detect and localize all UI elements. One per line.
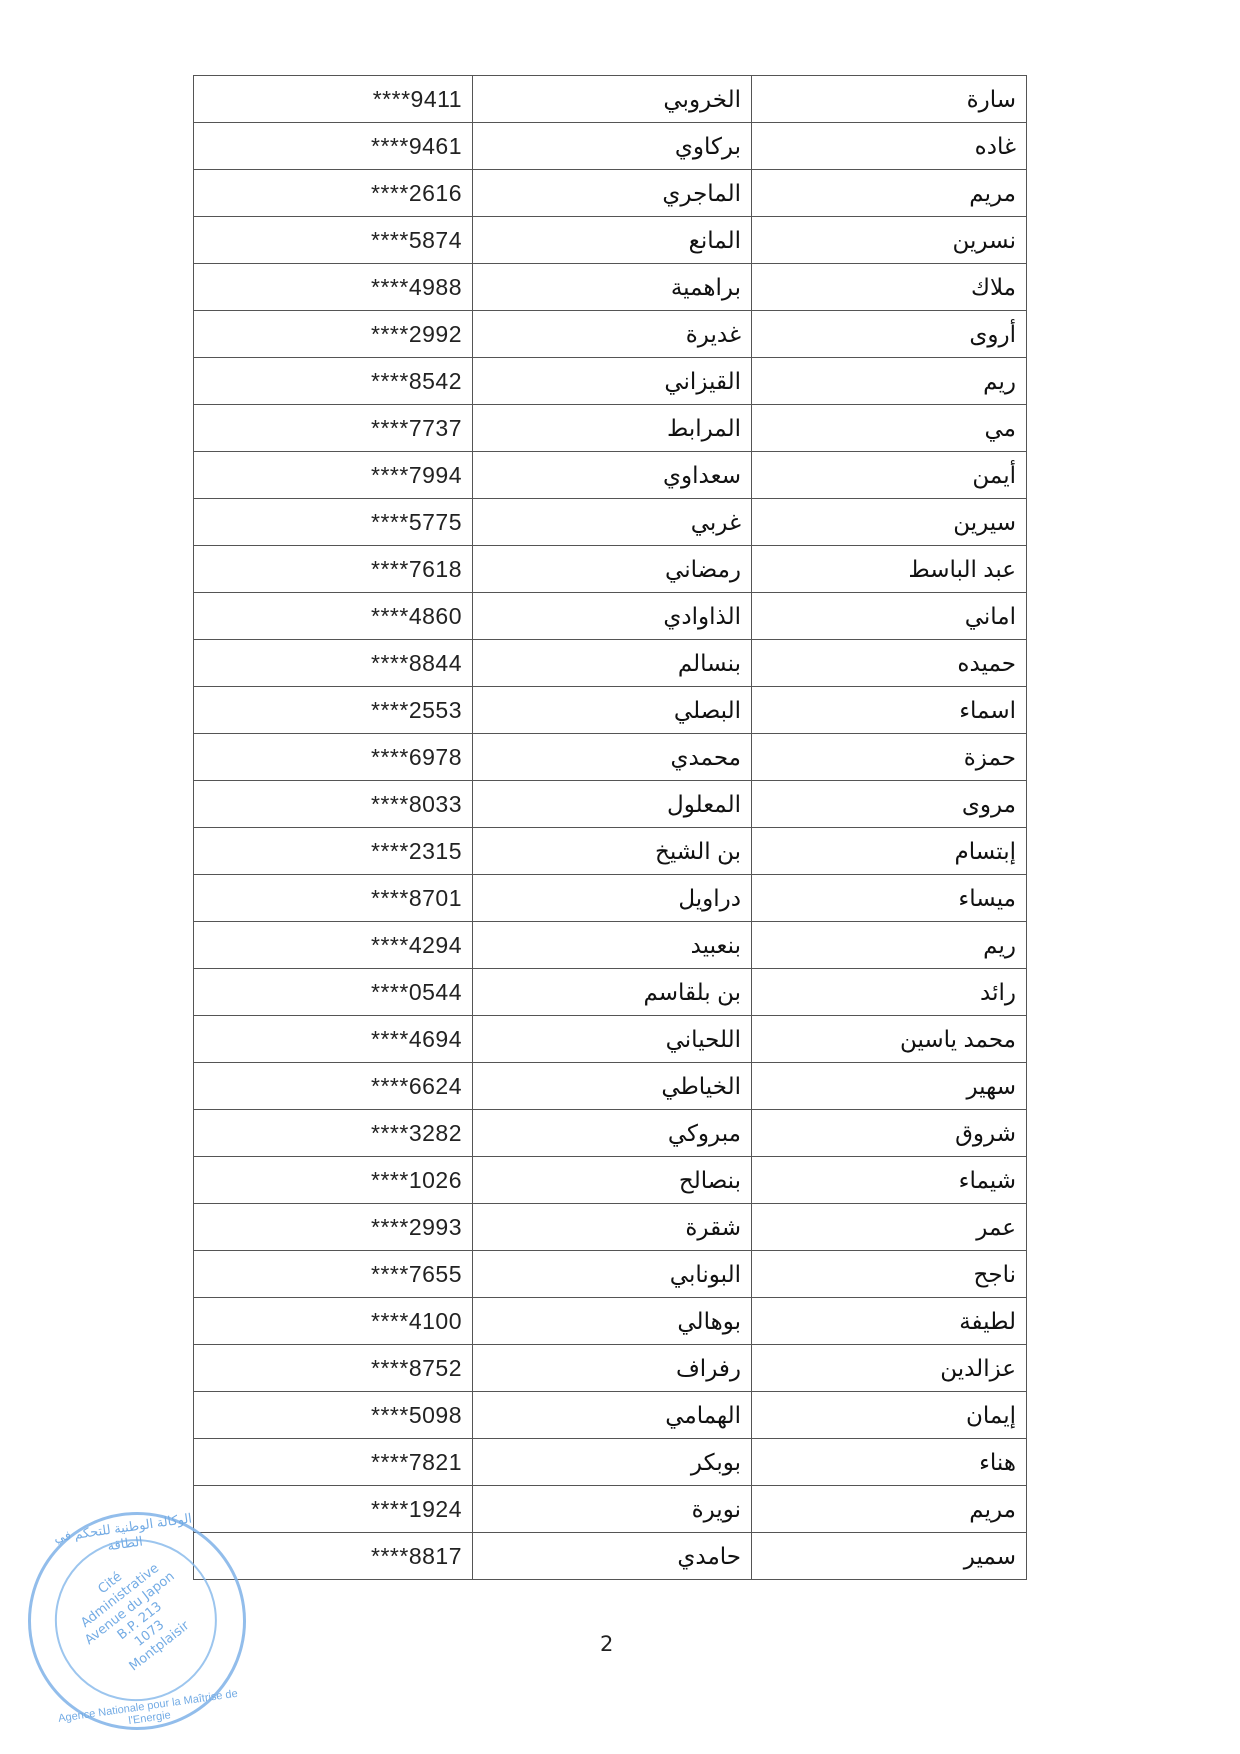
table-row: ****8752رفرافعزالدين (194, 1345, 1027, 1392)
first-name-cell: حمزة (752, 734, 1027, 781)
last-name-cell: نويرة (473, 1486, 752, 1533)
first-name-cell: ملاك (752, 264, 1027, 311)
last-name-cell: بنعبيد (473, 922, 752, 969)
first-name-cell: نسرين (752, 217, 1027, 264)
table-row: ****7618رمضانيعبد الباسط (194, 546, 1027, 593)
last-name-cell: مبروكي (473, 1110, 752, 1157)
table-row: ****8817حامديسمير (194, 1533, 1027, 1580)
first-name-cell: إيمان (752, 1392, 1027, 1439)
last-name-cell: بن الشيخ (473, 828, 752, 875)
page-number: 2 (600, 1632, 613, 1656)
id-cell: ****8542 (194, 358, 473, 405)
last-name-cell: محمدي (473, 734, 752, 781)
id-cell: ****2992 (194, 311, 473, 358)
last-name-cell: بوبكر (473, 1439, 752, 1486)
id-cell: ****7737 (194, 405, 473, 452)
id-cell: ****9461 (194, 123, 473, 170)
last-name-cell: اللحياني (473, 1016, 752, 1063)
id-cell: ****3282 (194, 1110, 473, 1157)
first-name-cell: ميساء (752, 875, 1027, 922)
table-row: ****4988براهميةملاك (194, 264, 1027, 311)
table-row: ****8844بنسالمحميده (194, 640, 1027, 687)
last-name-cell: بنسالم (473, 640, 752, 687)
table-row: ****4294بنعبيدريم (194, 922, 1027, 969)
id-cell: ****8817 (194, 1533, 473, 1580)
last-name-cell: الخروبي (473, 76, 752, 123)
first-name-cell: عمر (752, 1204, 1027, 1251)
table-row: ****0544بن بلقاسمرائد (194, 969, 1027, 1016)
table-row: ****2553البصلياسماء (194, 687, 1027, 734)
first-name-cell: اماني (752, 593, 1027, 640)
id-cell: ****7994 (194, 452, 473, 499)
first-name-cell: سارة (752, 76, 1027, 123)
last-name-cell: شقرة (473, 1204, 752, 1251)
first-name-cell: لطيفة (752, 1298, 1027, 1345)
table-row: ****1026بنصالحشيماء (194, 1157, 1027, 1204)
id-cell: ****5775 (194, 499, 473, 546)
first-name-cell: سهير (752, 1063, 1027, 1110)
id-cell: ****8701 (194, 875, 473, 922)
id-cell: ****1026 (194, 1157, 473, 1204)
first-name-cell: شروق (752, 1110, 1027, 1157)
id-cell: ****9411 (194, 76, 473, 123)
last-name-cell: رفراف (473, 1345, 752, 1392)
id-cell: ****1924 (194, 1486, 473, 1533)
last-name-cell: بوهالي (473, 1298, 752, 1345)
last-name-cell: البصلي (473, 687, 752, 734)
table-row: ****5874المانعنسرين (194, 217, 1027, 264)
last-name-cell: الخياطي (473, 1063, 752, 1110)
table-row: ****8033المعلولمروى (194, 781, 1027, 828)
table-row: ****9461بركاويغاده (194, 123, 1027, 170)
last-name-cell: المرابط (473, 405, 752, 452)
id-cell: ****4860 (194, 593, 473, 640)
table-row: ****2992غديرةأروى (194, 311, 1027, 358)
id-cell: ****4100 (194, 1298, 473, 1345)
table-row: ****5098الهماميإيمان (194, 1392, 1027, 1439)
first-name-cell: هناء (752, 1439, 1027, 1486)
id-cell: ****5874 (194, 217, 473, 264)
first-name-cell: إبتسام (752, 828, 1027, 875)
last-name-cell: الماجري (473, 170, 752, 217)
table-row: ****7655البونابيناجح (194, 1251, 1027, 1298)
first-name-cell: رائد (752, 969, 1027, 1016)
last-name-cell: دراويل (473, 875, 752, 922)
first-name-cell: سيرين (752, 499, 1027, 546)
id-cell: ****7821 (194, 1439, 473, 1486)
table-row: ****6624الخياطيسهير (194, 1063, 1027, 1110)
last-name-cell: المعلول (473, 781, 752, 828)
last-name-cell: بن بلقاسم (473, 969, 752, 1016)
first-name-cell: محمد ياسين (752, 1016, 1027, 1063)
first-name-cell: مريم (752, 1486, 1027, 1533)
first-name-cell: أيمن (752, 452, 1027, 499)
last-name-cell: الذاوادي (473, 593, 752, 640)
first-name-cell: حميده (752, 640, 1027, 687)
last-name-cell: البونابي (473, 1251, 752, 1298)
id-cell: ****8033 (194, 781, 473, 828)
table-row: ****7994سعداويأيمن (194, 452, 1027, 499)
id-cell: ****8844 (194, 640, 473, 687)
id-cell: ****2616 (194, 170, 473, 217)
first-name-cell: عزالدين (752, 1345, 1027, 1392)
id-cell: ****4294 (194, 922, 473, 969)
id-cell: ****2553 (194, 687, 473, 734)
id-cell: ****7618 (194, 546, 473, 593)
first-name-cell: غاده (752, 123, 1027, 170)
first-name-cell: ريم (752, 922, 1027, 969)
id-cell: ****6624 (194, 1063, 473, 1110)
table-row: ****2315بن الشيخإبتسام (194, 828, 1027, 875)
names-table: ****9411الخروبيسارة****9461بركاويغاده***… (193, 75, 1027, 1580)
table-row: ****2616الماجريمريم (194, 170, 1027, 217)
first-name-cell: شيماء (752, 1157, 1027, 1204)
table-row: ****8542القيزانيريم (194, 358, 1027, 405)
first-name-cell: ناجح (752, 1251, 1027, 1298)
last-name-cell: بنصالح (473, 1157, 752, 1204)
last-name-cell: غربي (473, 499, 752, 546)
table-row: ****9411الخروبيسارة (194, 76, 1027, 123)
table-row: ****7737المرابطمي (194, 405, 1027, 452)
table-row: ****5775غربيسيرين (194, 499, 1027, 546)
first-name-cell: عبد الباسط (752, 546, 1027, 593)
last-name-cell: بركاوي (473, 123, 752, 170)
table-row: ****7821بوبكرهناء (194, 1439, 1027, 1486)
id-cell: ****0544 (194, 969, 473, 1016)
table-row: ****4100بوهاليلطيفة (194, 1298, 1027, 1345)
last-name-cell: سعداوي (473, 452, 752, 499)
first-name-cell: أروى (752, 311, 1027, 358)
table-row: ****3282مبروكيشروق (194, 1110, 1027, 1157)
id-cell: ****4988 (194, 264, 473, 311)
id-cell: ****6978 (194, 734, 473, 781)
first-name-cell: مريم (752, 170, 1027, 217)
table-row: ****1924نويرةمريم (194, 1486, 1027, 1533)
first-name-cell: سمير (752, 1533, 1027, 1580)
id-cell: ****2993 (194, 1204, 473, 1251)
table-row: ****6978محمديحمزة (194, 734, 1027, 781)
first-name-cell: مروى (752, 781, 1027, 828)
table-row: ****2993شقرةعمر (194, 1204, 1027, 1251)
id-cell: ****4694 (194, 1016, 473, 1063)
id-cell: ****2315 (194, 828, 473, 875)
first-name-cell: اسماء (752, 687, 1027, 734)
last-name-cell: حامدي (473, 1533, 752, 1580)
table-row: ****4694اللحيانيمحمد ياسين (194, 1016, 1027, 1063)
first-name-cell: مي (752, 405, 1027, 452)
last-name-cell: القيزاني (473, 358, 752, 405)
document-page: ****9411الخروبيسارة****9461بركاويغاده***… (0, 0, 1240, 1754)
first-name-cell: ريم (752, 358, 1027, 405)
id-cell: ****5098 (194, 1392, 473, 1439)
table-row: ****8701دراويلميساء (194, 875, 1027, 922)
id-cell: ****8752 (194, 1345, 473, 1392)
id-cell: ****7655 (194, 1251, 473, 1298)
last-name-cell: الهمامي (473, 1392, 752, 1439)
last-name-cell: براهمية (473, 264, 752, 311)
table-row: ****4860الذاوادياماني (194, 593, 1027, 640)
last-name-cell: المانع (473, 217, 752, 264)
last-name-cell: غديرة (473, 311, 752, 358)
last-name-cell: رمضاني (473, 546, 752, 593)
